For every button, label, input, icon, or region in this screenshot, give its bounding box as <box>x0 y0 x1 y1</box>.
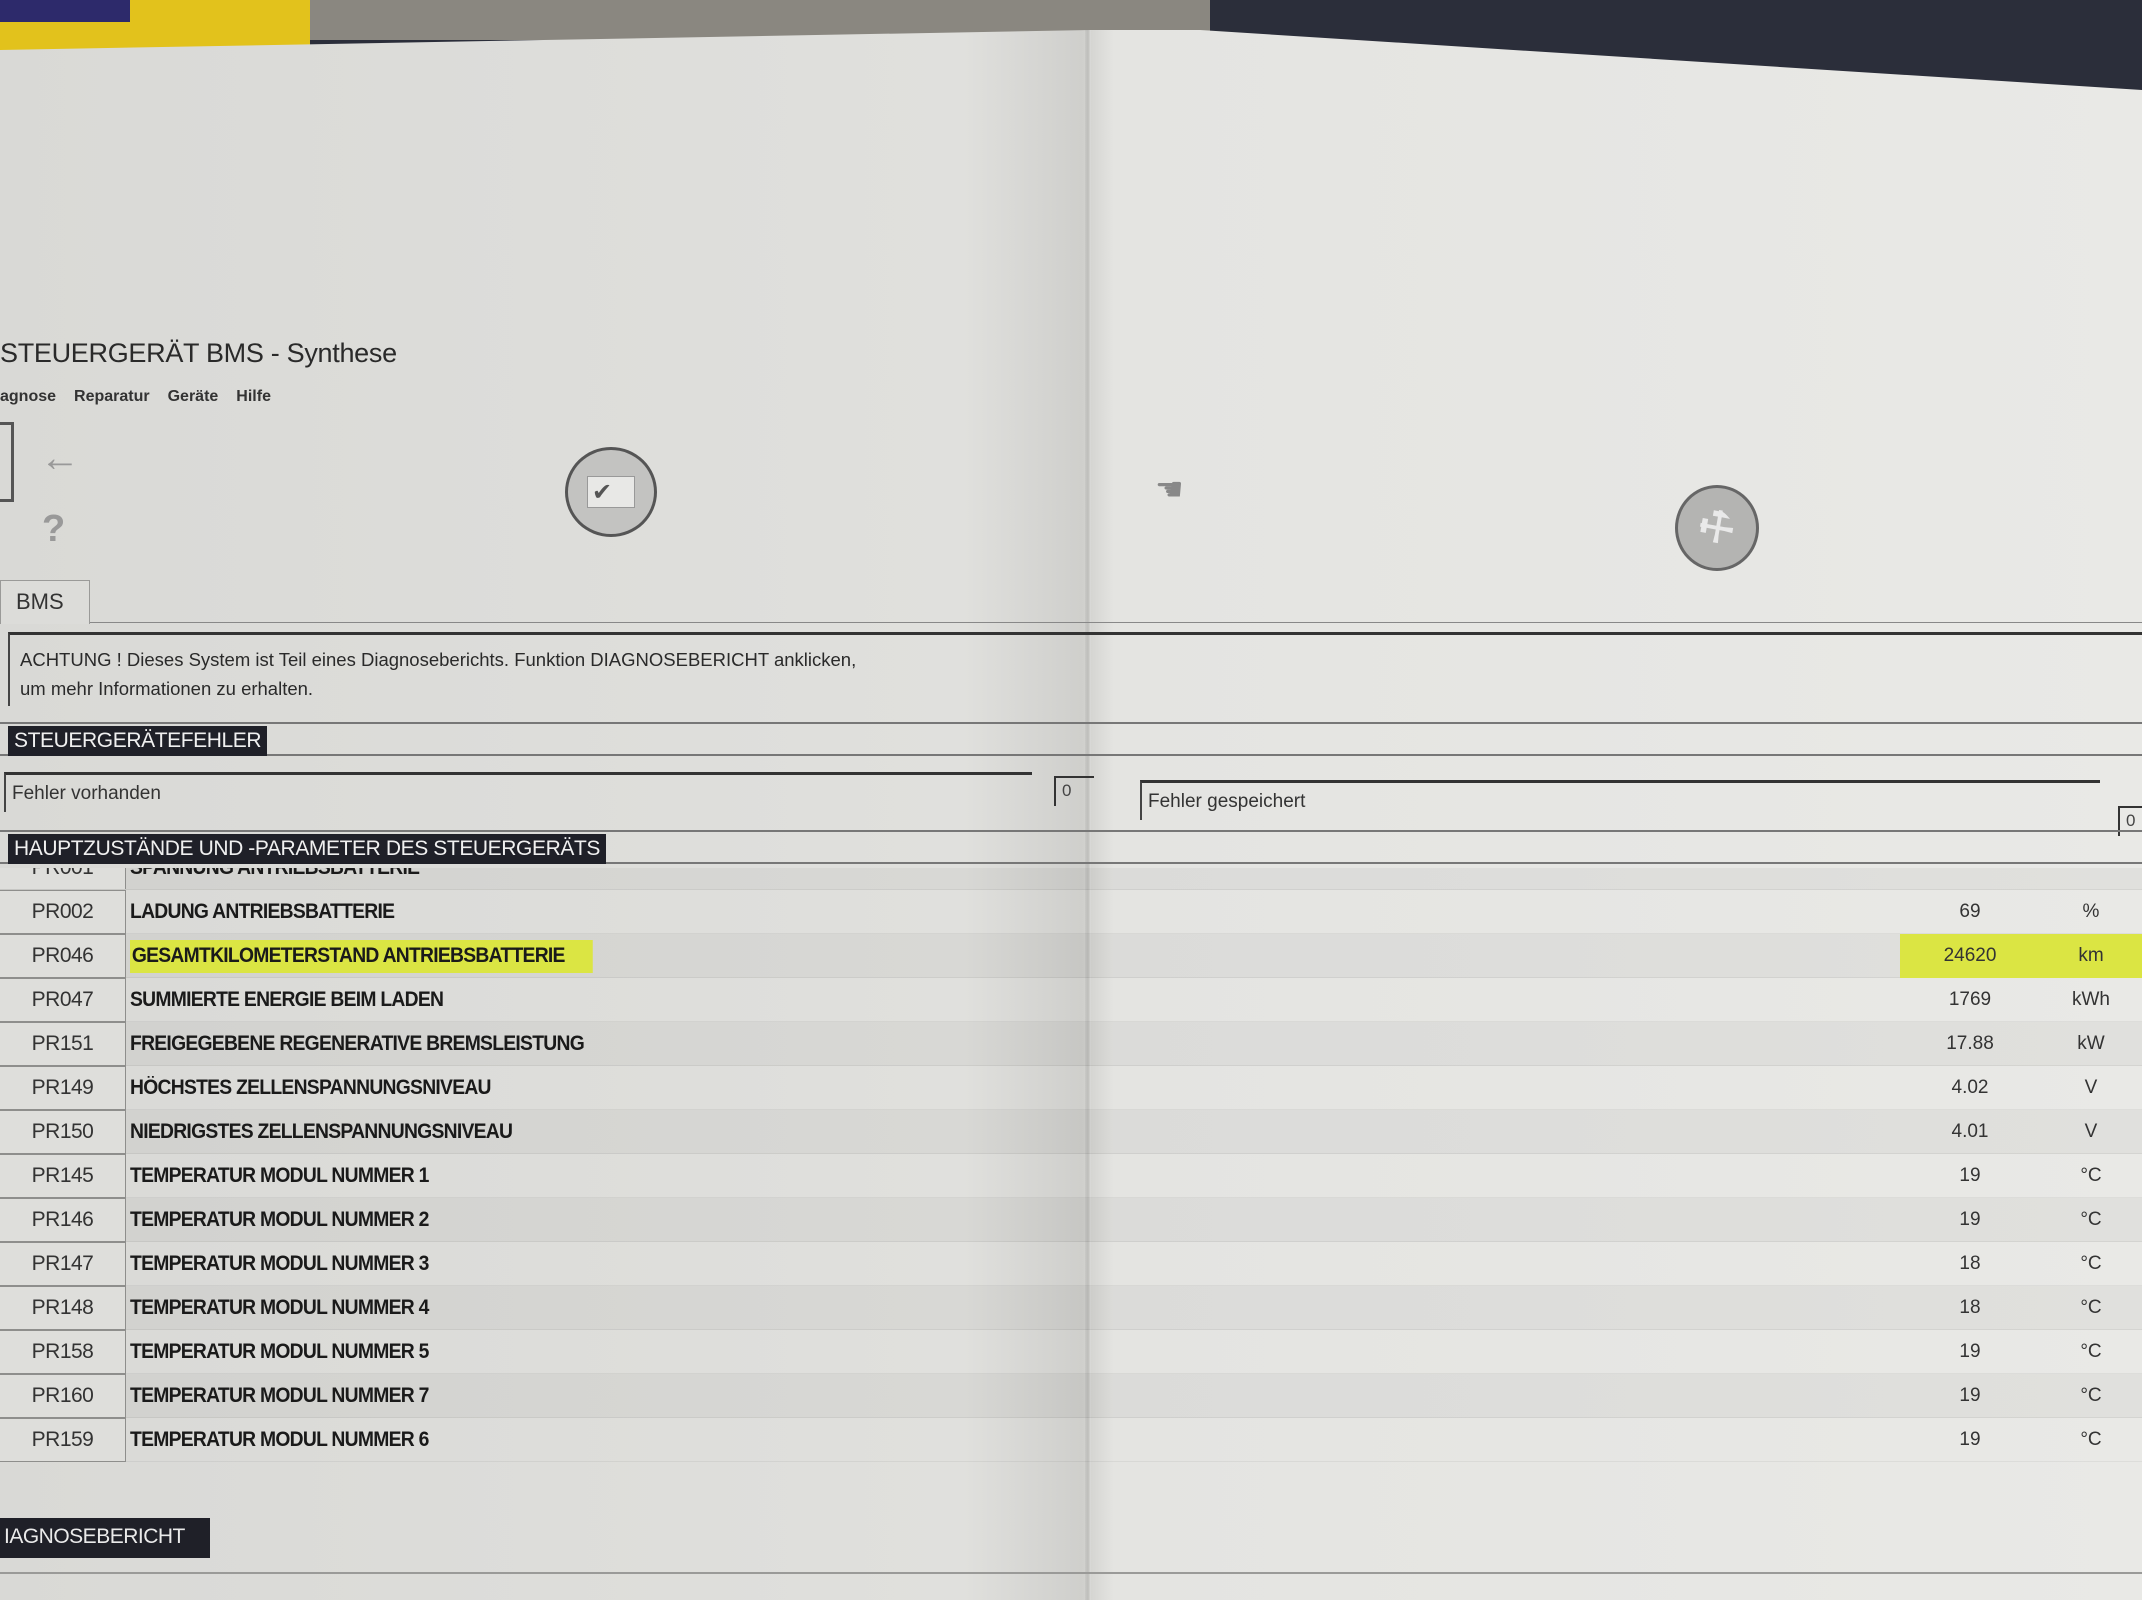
param-value: 69 <box>1900 890 2040 934</box>
window-title: STEUERGERÄT BMS - Synthese <box>0 338 397 369</box>
wrench-icon: ⚒ <box>1689 499 1745 557</box>
param-unit <box>2040 868 2142 890</box>
table-row[interactable]: PR158TEMPERATUR MODUL NUMMER 519°C <box>0 1330 2142 1374</box>
param-value: 24620 <box>1900 934 2040 978</box>
param-value: 4.02 <box>1900 1066 2040 1110</box>
param-name: TEMPERATUR MODUL NUMMER 6 <box>130 1418 429 1462</box>
menu-diagnose[interactable]: agnose <box>0 388 56 406</box>
param-code: PR150 <box>0 1110 126 1154</box>
table-row[interactable]: PR159TEMPERATUR MODUL NUMMER 619°C <box>0 1418 2142 1462</box>
diagnostic-report-footer-button[interactable]: IAGNOSEBERICHT <box>0 1518 210 1558</box>
param-name: GESAMTKILOMETERSTAND ANTRIEBSBATTERIE <box>130 934 592 978</box>
param-unit: °C <box>2040 1154 2142 1198</box>
table-row[interactable]: PR150NIEDRIGSTES ZELLENSPANNUNGSNIVEAU4.… <box>0 1110 2142 1154</box>
param-code: PR046 <box>0 934 126 978</box>
footer-divider <box>0 1572 2142 1574</box>
param-code: PR149 <box>0 1066 126 1110</box>
param-unit: V <box>2040 1110 2142 1154</box>
param-unit: °C <box>2040 1418 2142 1462</box>
param-code: PR159 <box>0 1418 126 1462</box>
param-value: 17.88 <box>1900 1022 2040 1066</box>
help-icon[interactable]: ? <box>42 508 72 558</box>
toolbar-home-button[interactable] <box>0 422 14 502</box>
param-name: SUMMIERTE ENERGIE BEIM LADEN <box>130 978 443 1022</box>
param-value: 19 <box>1900 1374 2040 1418</box>
param-value: 19 <box>1900 1198 2040 1242</box>
menu-hilfe[interactable]: Hilfe <box>236 388 271 406</box>
param-code: PR147 <box>0 1242 126 1286</box>
tab-bms[interactable]: BMS <box>0 580 90 624</box>
param-code: PR151 <box>0 1022 126 1066</box>
section-title-params: HAUPTZUSTÄNDE UND -PARAMETER DES STEUERG… <box>8 834 606 864</box>
param-code: PR160 <box>0 1374 126 1418</box>
param-unit: °C <box>2040 1198 2142 1242</box>
errors-stored-field: Fehler gespeichert <box>1140 780 2100 820</box>
table-row[interactable]: PR160TEMPERATUR MODUL NUMMER 719°C <box>0 1374 2142 1418</box>
table-row[interactable]: PR047SUMMIERTE ENERGIE BEIM LADEN1769kWh <box>0 978 2142 1022</box>
param-code: PR148 <box>0 1286 126 1330</box>
param-name: TEMPERATUR MODUL NUMMER 5 <box>130 1330 429 1374</box>
param-name: TEMPERATUR MODUL NUMMER 3 <box>130 1242 429 1286</box>
param-name: SPANNUNG ANTRIEBSBATTERIE <box>130 868 419 890</box>
param-unit: °C <box>2040 1242 2142 1286</box>
background-poster <box>0 0 310 50</box>
table-row[interactable]: PR149HÖCHSTES ZELLENSPANNUNGSNIVEAU4.02V <box>0 1066 2142 1110</box>
diagnostic-report-button[interactable]: ✔ <box>565 447 657 537</box>
param-value: 19 <box>1900 1330 2040 1374</box>
param-value: 19 <box>1900 1154 2040 1198</box>
param-code: PR146 <box>0 1198 126 1242</box>
section-header-errors: STEUERGERÄTEFEHLER <box>0 722 2142 756</box>
param-name: TEMPERATUR MODUL NUMMER 1 <box>130 1154 429 1198</box>
param-unit: kWh <box>2040 978 2142 1022</box>
menu-bar: agnose Reparatur Geräte Hilfe <box>0 388 271 406</box>
tab-bar-divider <box>90 622 2142 623</box>
param-value: 4.01 <box>1900 1110 2040 1154</box>
table-row[interactable]: PR148TEMPERATUR MODUL NUMMER 418°C <box>0 1286 2142 1330</box>
param-unit: °C <box>2040 1374 2142 1418</box>
section-header-params: HAUPTZUSTÄNDE UND -PARAMETER DES STEUERG… <box>0 830 2142 864</box>
menu-geraete[interactable]: Geräte <box>168 388 219 406</box>
errors-present-field: Fehler vorhanden <box>4 772 1032 812</box>
param-unit: V <box>2040 1066 2142 1110</box>
menu-reparatur[interactable]: Reparatur <box>74 388 150 406</box>
param-code: PR001 <box>0 868 126 890</box>
param-code: PR158 <box>0 1330 126 1374</box>
table-row[interactable]: PR001SPANNUNG ANTRIEBSBATTERIE <box>0 868 2142 890</box>
param-value: 18 <box>1900 1286 2040 1330</box>
warning-line-2: um mehr Informationen zu erhalten. <box>20 674 2142 703</box>
param-unit: % <box>2040 890 2142 934</box>
table-row[interactable]: PR046GESAMTKILOMETERSTAND ANTRIEBSBATTER… <box>0 934 2142 978</box>
errors-present-count: 0 <box>1054 776 1094 806</box>
back-arrow-icon[interactable]: ← <box>40 440 94 476</box>
table-row[interactable]: PR147TEMPERATUR MODUL NUMMER 318°C <box>0 1242 2142 1286</box>
param-unit: kW <box>2040 1022 2142 1066</box>
hand-pointer-icon: ☚ <box>1155 470 1184 508</box>
table-row[interactable]: PR002LADUNG ANTRIEBSBATTERIE69% <box>0 890 2142 934</box>
parameters-table: PR001SPANNUNG ANTRIEBSBATTERIEPR002LADUN… <box>0 868 2142 1462</box>
warning-message: ACHTUNG ! Dieses System ist Teil eines D… <box>8 632 2142 706</box>
param-unit: °C <box>2040 1286 2142 1330</box>
param-value: 19 <box>1900 1418 2040 1462</box>
param-name: TEMPERATUR MODUL NUMMER 2 <box>130 1198 429 1242</box>
param-name: NIEDRIGSTES ZELLENSPANNUNGSNIVEAU <box>130 1110 512 1154</box>
param-value: 18 <box>1900 1242 2040 1286</box>
param-code: PR047 <box>0 978 126 1022</box>
param-code: PR145 <box>0 1154 126 1198</box>
warning-line-1: ACHTUNG ! Dieses System ist Teil eines D… <box>20 645 2142 674</box>
checklist-icon: ✔ <box>587 476 635 508</box>
param-name: FREIGEGEBENE REGENERATIVE BREMSLEISTUNG <box>130 1022 584 1066</box>
param-name: TEMPERATUR MODUL NUMMER 4 <box>130 1286 429 1330</box>
param-unit: °C <box>2040 1330 2142 1374</box>
param-name: HÖCHSTES ZELLENSPANNUNGSNIVEAU <box>130 1066 491 1110</box>
repair-button[interactable]: ⚒ <box>1675 485 1759 571</box>
section-title-errors: STEUERGERÄTEFEHLER <box>8 726 267 756</box>
param-code: PR002 <box>0 890 126 934</box>
param-name: TEMPERATUR MODUL NUMMER 7 <box>130 1374 429 1418</box>
table-row[interactable]: PR145TEMPERATUR MODUL NUMMER 119°C <box>0 1154 2142 1198</box>
param-name: LADUNG ANTRIEBSBATTERIE <box>130 890 394 934</box>
table-row[interactable]: PR146TEMPERATUR MODUL NUMMER 219°C <box>0 1198 2142 1242</box>
param-value <box>1900 868 2040 890</box>
param-value: 1769 <box>1900 978 2040 1022</box>
param-unit: km <box>2040 934 2142 978</box>
table-row[interactable]: PR151FREIGEGEBENE REGENERATIVE BREMSLEIS… <box>0 1022 2142 1066</box>
